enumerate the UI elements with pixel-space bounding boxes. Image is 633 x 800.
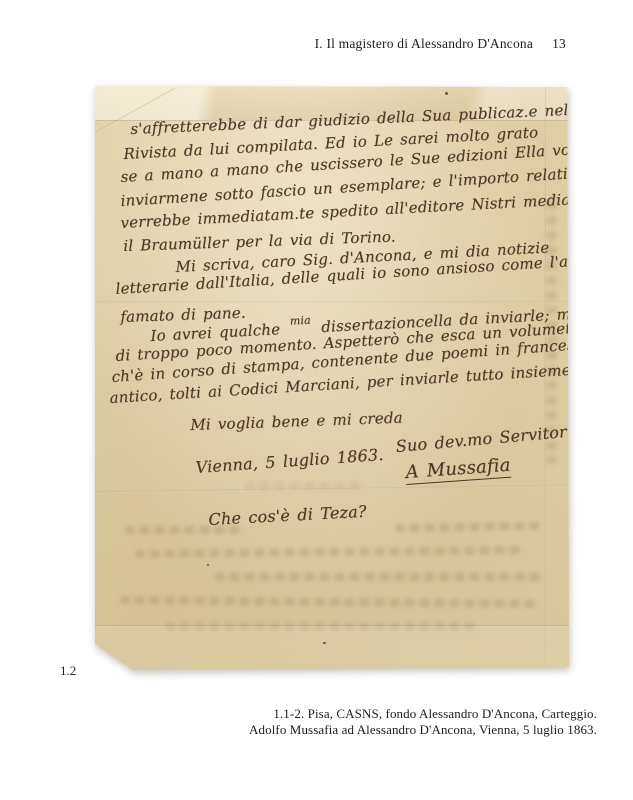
figure-caption: 1.1-2. Pisa, CASNS, fondo Alessandro D'A… (249, 706, 597, 737)
letter-scan: s'affretterebbe di dar giudizio della Su… (95, 86, 569, 670)
ink-bleedthrough (395, 522, 540, 533)
paper-speck (323, 642, 326, 644)
figure-label: 1.2 (60, 663, 76, 679)
fold-panel (95, 626, 569, 670)
book-page: I. Il magistero di Alessandro D'Ancona 1… (0, 0, 633, 800)
running-title: I. Il magistero di Alessandro D'Ancona (315, 36, 534, 52)
ink-bleedthrough (135, 546, 525, 558)
ink-bleedthrough (215, 573, 545, 581)
letter-signature: A Mussafia (405, 455, 511, 483)
letter-line: Mi voglia bene e mi creda (190, 409, 403, 434)
letter-postscript: Che cos'è di Teza? (208, 502, 367, 529)
paper-speck (445, 92, 448, 95)
ink-bleedthrough (165, 622, 475, 630)
ink-bleedthrough (245, 482, 365, 490)
running-head: I. Il magistero di Alessandro D'Ancona 1… (315, 36, 566, 52)
signature-name: A Mussafia (405, 455, 511, 485)
page-number: 13 (552, 36, 566, 52)
letter-closing: Suo dev.mo Servitor (395, 422, 568, 456)
letter-dateline: Vienna, 5 luglio 1863. (195, 445, 384, 477)
letter-paper: s'affretterebbe di dar giudizio della Su… (95, 86, 569, 670)
paper-speck (207, 564, 209, 566)
ink-bleedthrough (120, 596, 540, 608)
caption-line: 1.1-2. Pisa, CASNS, fondo Alessandro D'A… (249, 706, 597, 722)
caption-line: Adolfo Mussafia ad Alessandro D'Ancona, … (249, 722, 597, 738)
interlinear-insertion: mia (289, 314, 311, 328)
fold-crease (95, 301, 569, 303)
